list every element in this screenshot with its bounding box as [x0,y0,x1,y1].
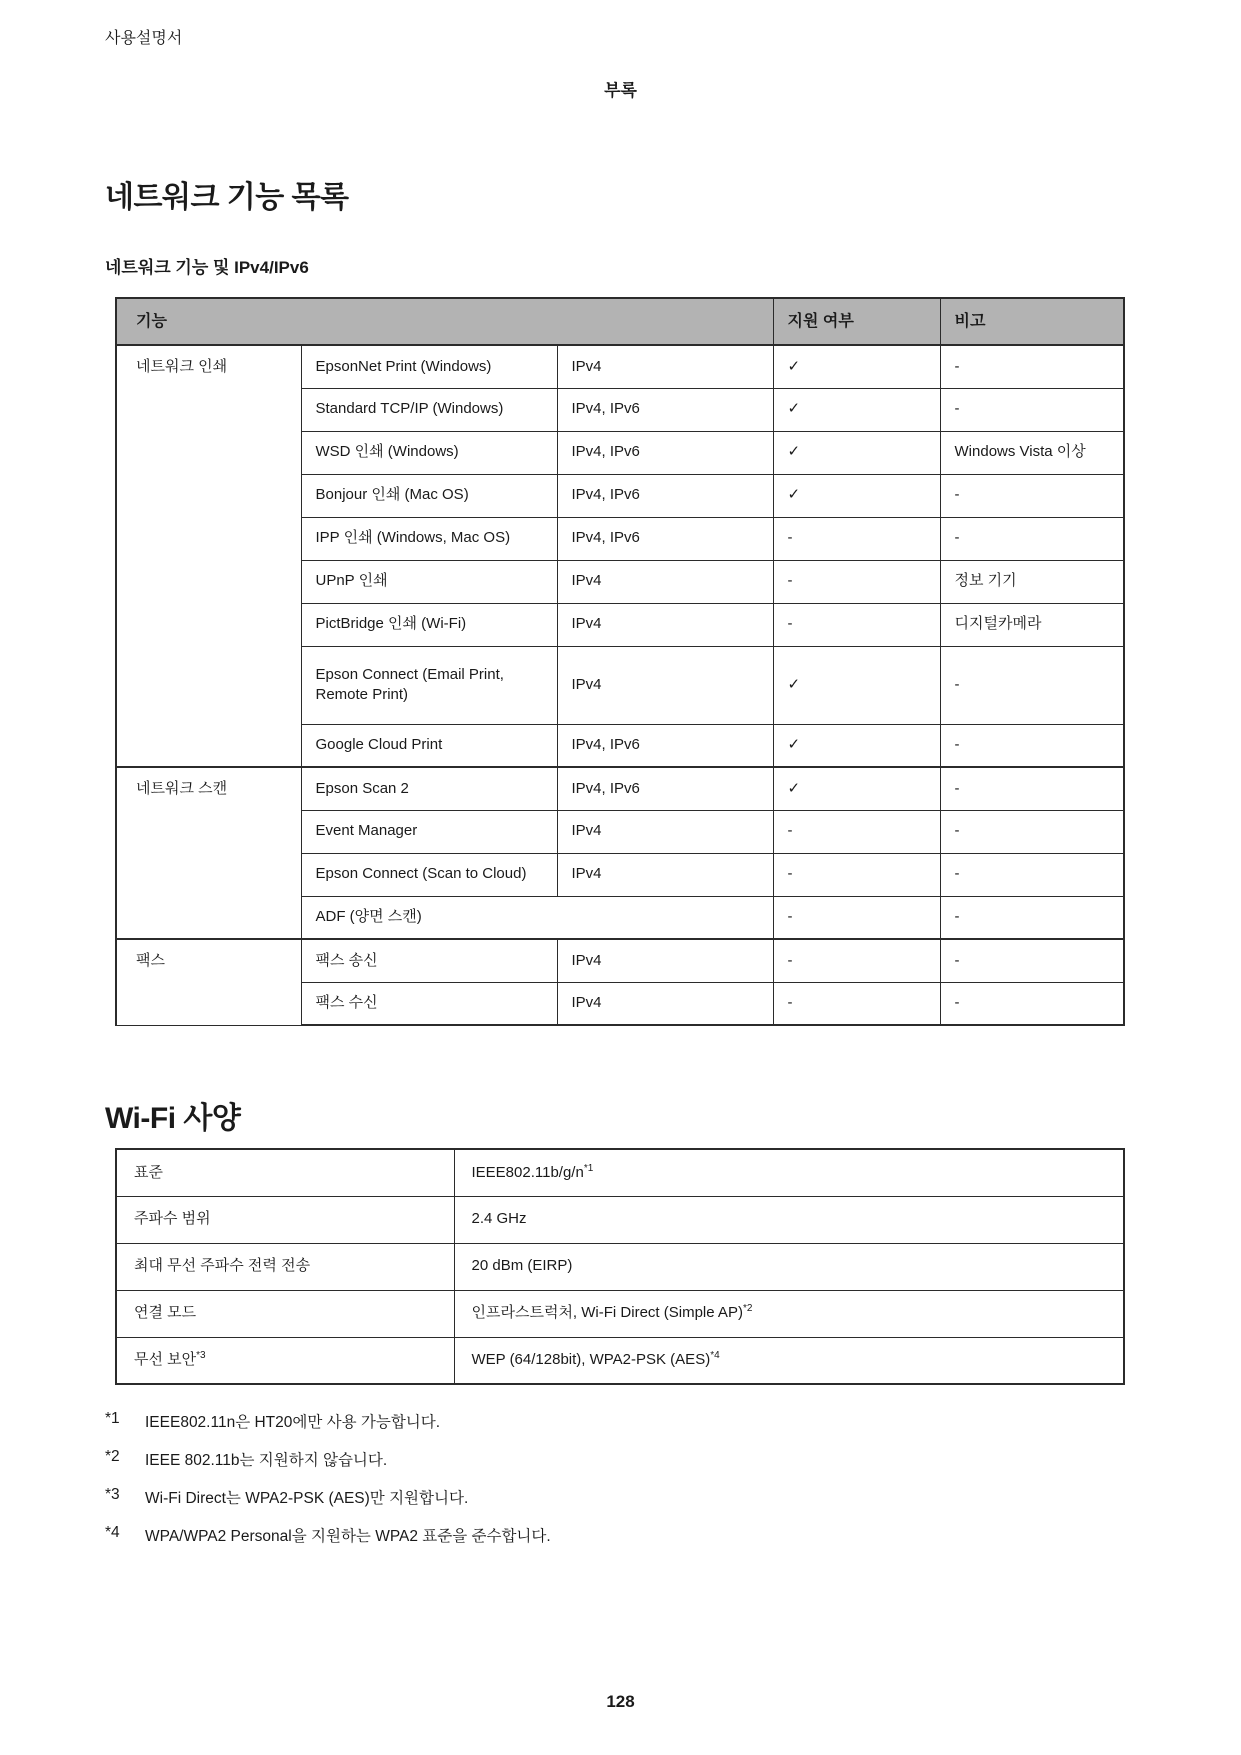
cell-spec-value: 인프라스트럭처, Wi-Fi Direct (Simple AP)*2 [454,1290,1124,1337]
cell-support: ✓ [773,767,940,810]
footnote-ref: *3 [196,1350,205,1361]
cell-protocol: IPv4 [557,982,773,1025]
cell-note: - [940,853,1124,896]
spec-value-text: WEP (64/128bit), WPA2-PSK (AES) [472,1351,711,1368]
section-title-network: 네트워크 기능 목록 [105,172,349,216]
footnote-ref: *2 [743,1303,752,1314]
cell-support: ✓ [773,646,940,724]
running-header-chapter: 부록 [0,76,1241,101]
cell-note: - [940,345,1124,388]
cell-spec-value: IEEE802.11b/g/n*1 [454,1149,1124,1196]
footnotes-list: *1 IEEE802.11n은 HT20에만 사용 가능합니다. *2 IEEE… [105,1410,551,1562]
cell-note: 정보 기기 [940,560,1124,603]
cell-spec-value: 2.4 GHz [454,1196,1124,1243]
cell-note: - [940,939,1124,982]
cell-support: - [773,853,940,896]
footnote-marker: *1 [105,1410,145,1432]
spec-label-text: 표준 [134,1164,163,1181]
cell-feature: EpsonNet Print (Windows) [301,345,557,388]
spec-value-text: IEEE802.11b/g/n [472,1164,584,1181]
cell-feature: WSD 인쇄 (Windows) [301,431,557,474]
cell-protocol: IPv4 [557,603,773,646]
cell-support: - [773,560,940,603]
cell-support: ✓ [773,388,940,431]
table-header-row: 기능 지원 여부 비고 [116,298,1124,345]
footnote: *2 IEEE 802.11b는 지원하지 않습니다. [105,1448,551,1470]
cell-note: 디지털카메라 [940,603,1124,646]
cell-feature: UPnP 인쇄 [301,560,557,603]
table-row: 최대 무선 주파수 전력 전송 20 dBm (EIRP) [116,1243,1124,1290]
group-label-network-scan: 네트워크 스캔 [116,767,301,939]
cell-feature: PictBridge 인쇄 (Wi-Fi) [301,603,557,646]
group-label-fax: 팩스 [116,939,301,1025]
cell-feature: Epson Connect (Email Print, Remote Print… [301,646,557,724]
cell-note: - [940,810,1124,853]
section-title-wifi: Wi-Fi 사양 [105,1093,240,1137]
cell-note: - [940,982,1124,1025]
cell-spec-label: 연결 모드 [116,1290,454,1337]
cell-note: - [940,724,1124,767]
footnote-text: Wi-Fi Direct는 WPA2-PSK (AES)만 지원합니다. [145,1486,468,1508]
cell-support: - [773,939,940,982]
cell-note: - [940,767,1124,810]
cell-feature-adf: ADF (양면 스캔) [301,896,773,939]
cell-support: - [773,896,940,939]
network-functions-table: 기능 지원 여부 비고 네트워크 인쇄 EpsonNet Print (Wind… [115,297,1125,1026]
running-header-left: 사용설명서 [105,25,182,48]
footnote-marker: *2 [105,1448,145,1470]
cell-protocol: IPv4 [557,939,773,982]
cell-support: ✓ [773,724,940,767]
table-row: 네트워크 인쇄 EpsonNet Print (Windows) IPv4 ✓ … [116,345,1124,388]
cell-note: - [940,896,1124,939]
cell-spec-value: 20 dBm (EIRP) [454,1243,1124,1290]
cell-support: - [773,982,940,1025]
cell-protocol: IPv4 [557,345,773,388]
cell-protocol: IPv4 [557,646,773,724]
cell-protocol: IPv4 [557,560,773,603]
footnote-marker: *3 [105,1486,145,1508]
spec-label-text: 주파수 범위 [134,1210,211,1227]
cell-spec-label: 무선 보안*3 [116,1337,454,1384]
table-row: 네트워크 스캔 Epson Scan 2 IPv4, IPv6 ✓ - [116,767,1124,810]
spec-value-text: 인프라스트럭처, Wi-Fi Direct (Simple AP) [472,1304,743,1321]
column-header-support: 지원 여부 [773,298,940,345]
cell-protocol: IPv4, IPv6 [557,431,773,474]
cell-support: - [773,810,940,853]
cell-spec-label: 주파수 범위 [116,1196,454,1243]
cell-protocol: IPv4, IPv6 [557,388,773,431]
cell-feature: Epson Scan 2 [301,767,557,810]
cell-feature: Standard TCP/IP (Windows) [301,388,557,431]
cell-protocol: IPv4, IPv6 [557,724,773,767]
table-row: 주파수 범위 2.4 GHz [116,1196,1124,1243]
cell-feature: 팩스 수신 [301,982,557,1025]
column-header-note: 비고 [940,298,1124,345]
cell-note: - [940,388,1124,431]
cell-protocol: IPv4, IPv6 [557,517,773,560]
table-row: 팩스 팩스 송신 IPv4 - - [116,939,1124,982]
cell-protocol: IPv4, IPv6 [557,474,773,517]
spec-label-text: 최대 무선 주파수 전력 전송 [134,1257,310,1274]
spec-label-text: 무선 보안 [134,1351,196,1368]
footnote-text: IEEE 802.11b는 지원하지 않습니다. [145,1448,387,1470]
footnote-ref: *4 [710,1350,719,1361]
cell-support: - [773,517,940,560]
footnote: *3 Wi-Fi Direct는 WPA2-PSK (AES)만 지원합니다. [105,1486,551,1508]
cell-support: ✓ [773,431,940,474]
footnote-marker: *4 [105,1524,145,1546]
cell-feature: IPP 인쇄 (Windows, Mac OS) [301,517,557,560]
group-label-network-print: 네트워크 인쇄 [116,345,301,767]
cell-note: Windows Vista 이상 [940,431,1124,474]
cell-feature: Google Cloud Print [301,724,557,767]
table-row: 연결 모드 인프라스트럭처, Wi-Fi Direct (Simple AP)*… [116,1290,1124,1337]
wifi-spec-table: 표준 IEEE802.11b/g/n*1 주파수 범위 2.4 GHz 최대 무… [115,1148,1125,1385]
cell-spec-label: 표준 [116,1149,454,1196]
cell-protocol: IPv4 [557,853,773,896]
cell-feature: Event Manager [301,810,557,853]
table-row: 표준 IEEE802.11b/g/n*1 [116,1149,1124,1196]
footnote: *4 WPA/WPA2 Personal을 지원하는 WPA2 표준을 준수합니… [105,1524,551,1546]
cell-note: - [940,474,1124,517]
cell-note: - [940,646,1124,724]
cell-support: ✓ [773,345,940,388]
cell-feature: 팩스 송신 [301,939,557,982]
cell-feature: Epson Connect (Scan to Cloud) [301,853,557,896]
cell-protocol: IPv4 [557,810,773,853]
page-number: 128 [0,1692,1241,1712]
section-subtitle-network: 네트워크 기능 및 IPv4/IPv6 [105,253,309,278]
cell-support: ✓ [773,474,940,517]
spec-value-text: 2.4 GHz [472,1210,527,1227]
cell-support: - [773,603,940,646]
column-header-feature: 기능 [116,298,773,345]
cell-feature: Bonjour 인쇄 (Mac OS) [301,474,557,517]
table-row: 무선 보안*3 WEP (64/128bit), WPA2-PSK (AES)*… [116,1337,1124,1384]
manual-page: 사용설명서 부록 네트워크 기능 목록 네트워크 기능 및 IPv4/IPv6 … [0,0,1241,1755]
cell-spec-value: WEP (64/128bit), WPA2-PSK (AES)*4 [454,1337,1124,1384]
footnote-text: WPA/WPA2 Personal을 지원하는 WPA2 표준을 준수합니다. [145,1524,551,1546]
spec-value-text: 20 dBm (EIRP) [472,1257,573,1274]
footnote-ref: *1 [584,1163,593,1174]
spec-label-text: 연결 모드 [134,1304,196,1321]
cell-protocol: IPv4, IPv6 [557,767,773,810]
cell-note: - [940,517,1124,560]
footnote: *1 IEEE802.11n은 HT20에만 사용 가능합니다. [105,1410,551,1432]
cell-spec-label: 최대 무선 주파수 전력 전송 [116,1243,454,1290]
footnote-text: IEEE802.11n은 HT20에만 사용 가능합니다. [145,1410,440,1432]
